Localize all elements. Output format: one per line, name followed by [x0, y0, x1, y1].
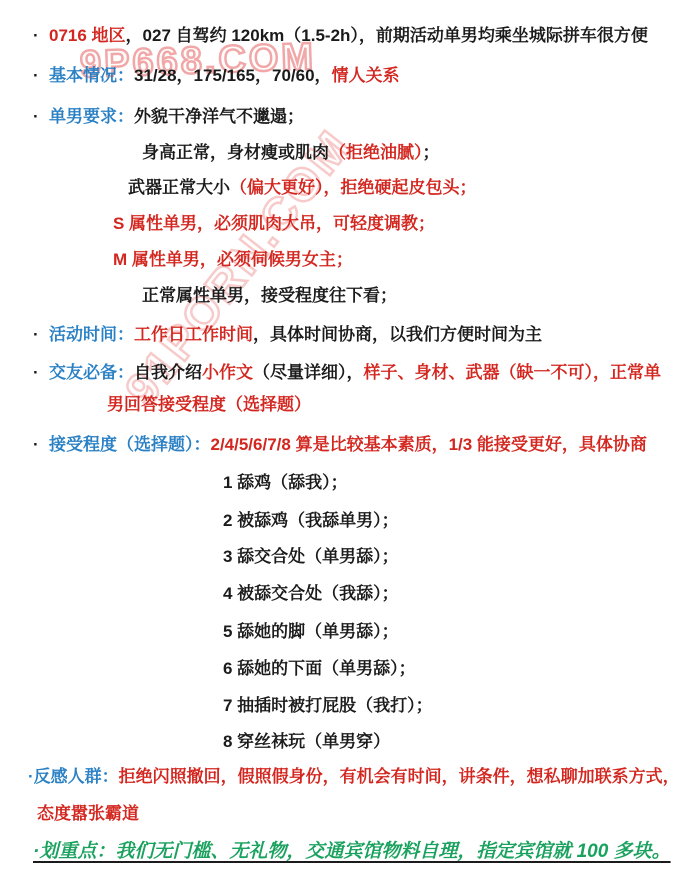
text-segment: ； — [423, 143, 440, 162]
text-segment: 7 抽插时被打屁股（我打）； — [223, 696, 433, 715]
doc-line: ·接受程度（选择题）：2/4/5/6/7/8 算是比较基本素质，1/3 能接受更… — [33, 431, 700, 458]
text-segment: 男回答接受程度（选择题） — [107, 395, 311, 414]
text-segment: 8 穿丝袜玩（单男穿） — [223, 732, 390, 751]
doc-line: 5 舔她的脚（单男舔）； — [223, 618, 700, 645]
text-segment: 活动时间： — [49, 325, 134, 344]
text-segment: 1 舔鸡（舔我）； — [223, 473, 348, 492]
doc-line: 态度嚣张霸道 — [37, 800, 700, 827]
text-segment: 接受程度（选择题）： — [49, 435, 211, 454]
text-segment: 6 舔她的下面（单男舔）； — [223, 659, 416, 678]
bullet-dot: · — [33, 359, 49, 386]
text-segment: 工作日工作时间 — [134, 325, 253, 344]
text-segment: ，027 自驾约 120km（1.5-2h），前期活动单男均乘坐城际拼车很方便 — [126, 26, 648, 45]
doc-line: ·反感人群：拒绝闪照撤回，假照假身份，有机会有时间，讲条件，想私聊加联系方式， — [28, 763, 700, 790]
doc-line: ·活动时间：工作日工作时间，具体时间协商，以我们方便时间为主 — [33, 321, 700, 348]
doc-line: 男回答接受程度（选择题） — [107, 391, 700, 418]
text-segment: 样子、身材、武器（缺一不可），正常单 — [364, 363, 662, 382]
doc-line: 身高正常，身材瘦或肌肉（拒绝油腻）； — [142, 139, 700, 166]
doc-line: 正常属性单男，接受程度往下看； — [142, 282, 700, 309]
doc-line: ·基本情况：31/28，175/165，70/60，情人关系 — [33, 62, 700, 89]
text-segment: （尽量详细）， — [253, 363, 364, 382]
text-segment: S 属性单男，必须肌肉大吊，可轻度调教； — [113, 214, 435, 233]
text-segment: 小作文 — [202, 363, 253, 382]
doc-line: S 属性单男，必须肌肉大吊，可轻度调教； — [113, 210, 700, 237]
doc-line: 4 被舔交合处（我舔）； — [223, 580, 700, 607]
text-segment: 自我介绍 — [134, 363, 202, 382]
doc-line: ·交友必备：自我介绍小作文（尽量详细），样子、身材、武器（缺一不可），正常单 — [33, 359, 700, 386]
doc-line: 8 穿丝袜玩（单男穿） — [223, 728, 700, 755]
text-segment: M 属性单男，必须伺候男女主； — [113, 250, 353, 269]
text-segment: ，具体时间协商，以我们方便时间为主 — [253, 325, 542, 344]
text-segment: 2 被舔鸡（我舔单男）； — [223, 511, 399, 530]
document-body: ·0716 地区，027 自驾约 120km（1.5-2h），前期活动单男均乘坐… — [0, 22, 700, 865]
text-segment: 武器正常大小 — [128, 178, 230, 197]
doc-line: 3 舔交合处（单男舔）； — [223, 543, 700, 570]
doc-line: 武器正常大小（偏大更好），拒绝硬起皮包头； — [128, 174, 700, 201]
text-segment: 0716 地区 — [49, 26, 126, 45]
doc-line: M 属性单男，必须伺候男女主； — [113, 246, 700, 273]
text-segment: 拒绝闪照撤回，假照假身份，有机会有时间，讲条件，想私聊加联系方式， — [119, 767, 680, 786]
doc-line: 6 舔她的下面（单男舔）； — [223, 655, 700, 682]
bullet-dot: · — [33, 62, 49, 89]
bullet-dot: · — [33, 321, 49, 348]
text-segment: 3 舔交合处（单男舔）； — [223, 547, 399, 566]
text-segment: （偏大更好），拒绝硬起皮包头； — [230, 178, 477, 197]
bullet-dot: · — [33, 22, 49, 49]
doc-line: ·单男要求：外貌干净洋气不邋遢； — [33, 103, 700, 130]
text-segment: ·划重点：我们无门槛、无礼物，交通宾馆物料自理，指定宾馆就 100 多块。 — [33, 841, 671, 862]
text-segment: 外貌干净洋气不邋遢； — [134, 107, 304, 126]
text-segment: 身高正常，身材瘦或肌肉 — [142, 143, 329, 162]
text-segment: 交友必备： — [49, 363, 134, 382]
bullet-dot: · — [33, 431, 49, 458]
text-segment: 31/28，175/165，70/60， — [134, 66, 332, 85]
doc-line: 2 被舔鸡（我舔单男）； — [223, 507, 700, 534]
text-segment: 2/4/5/6/7/8 算是比较基本素质，1/3 能接受更好，具体协商 — [211, 435, 647, 454]
text-segment: 5 舔她的脚（单男舔）； — [223, 622, 399, 641]
text-segment: 单男要求： — [49, 107, 134, 126]
text-segment: 情人关系 — [332, 66, 400, 85]
text-segment: （拒绝油腻） — [329, 143, 423, 162]
text-segment: 4 被舔交合处（我舔）； — [223, 584, 399, 603]
text-segment: ·反感人群： — [28, 767, 119, 786]
text-segment: 基本情况： — [49, 66, 134, 85]
doc-line: 7 抽插时被打屁股（我打）； — [223, 692, 700, 719]
doc-line: 1 舔鸡（舔我）； — [223, 469, 700, 496]
document-page: 9P668.COM 91PORN.COM ·0716 地区，027 自驾约 12… — [0, 0, 700, 869]
text-segment: 态度嚣张霸道 — [37, 804, 139, 823]
bullet-dot: · — [33, 103, 49, 130]
doc-line: ·划重点：我们无门槛、无礼物，交通宾馆物料自理，指定宾馆就 100 多块。 — [33, 838, 700, 865]
text-segment: 正常属性单男，接受程度往下看； — [142, 286, 397, 305]
doc-line: ·0716 地区，027 自驾约 120km（1.5-2h），前期活动单男均乘坐… — [33, 22, 700, 49]
